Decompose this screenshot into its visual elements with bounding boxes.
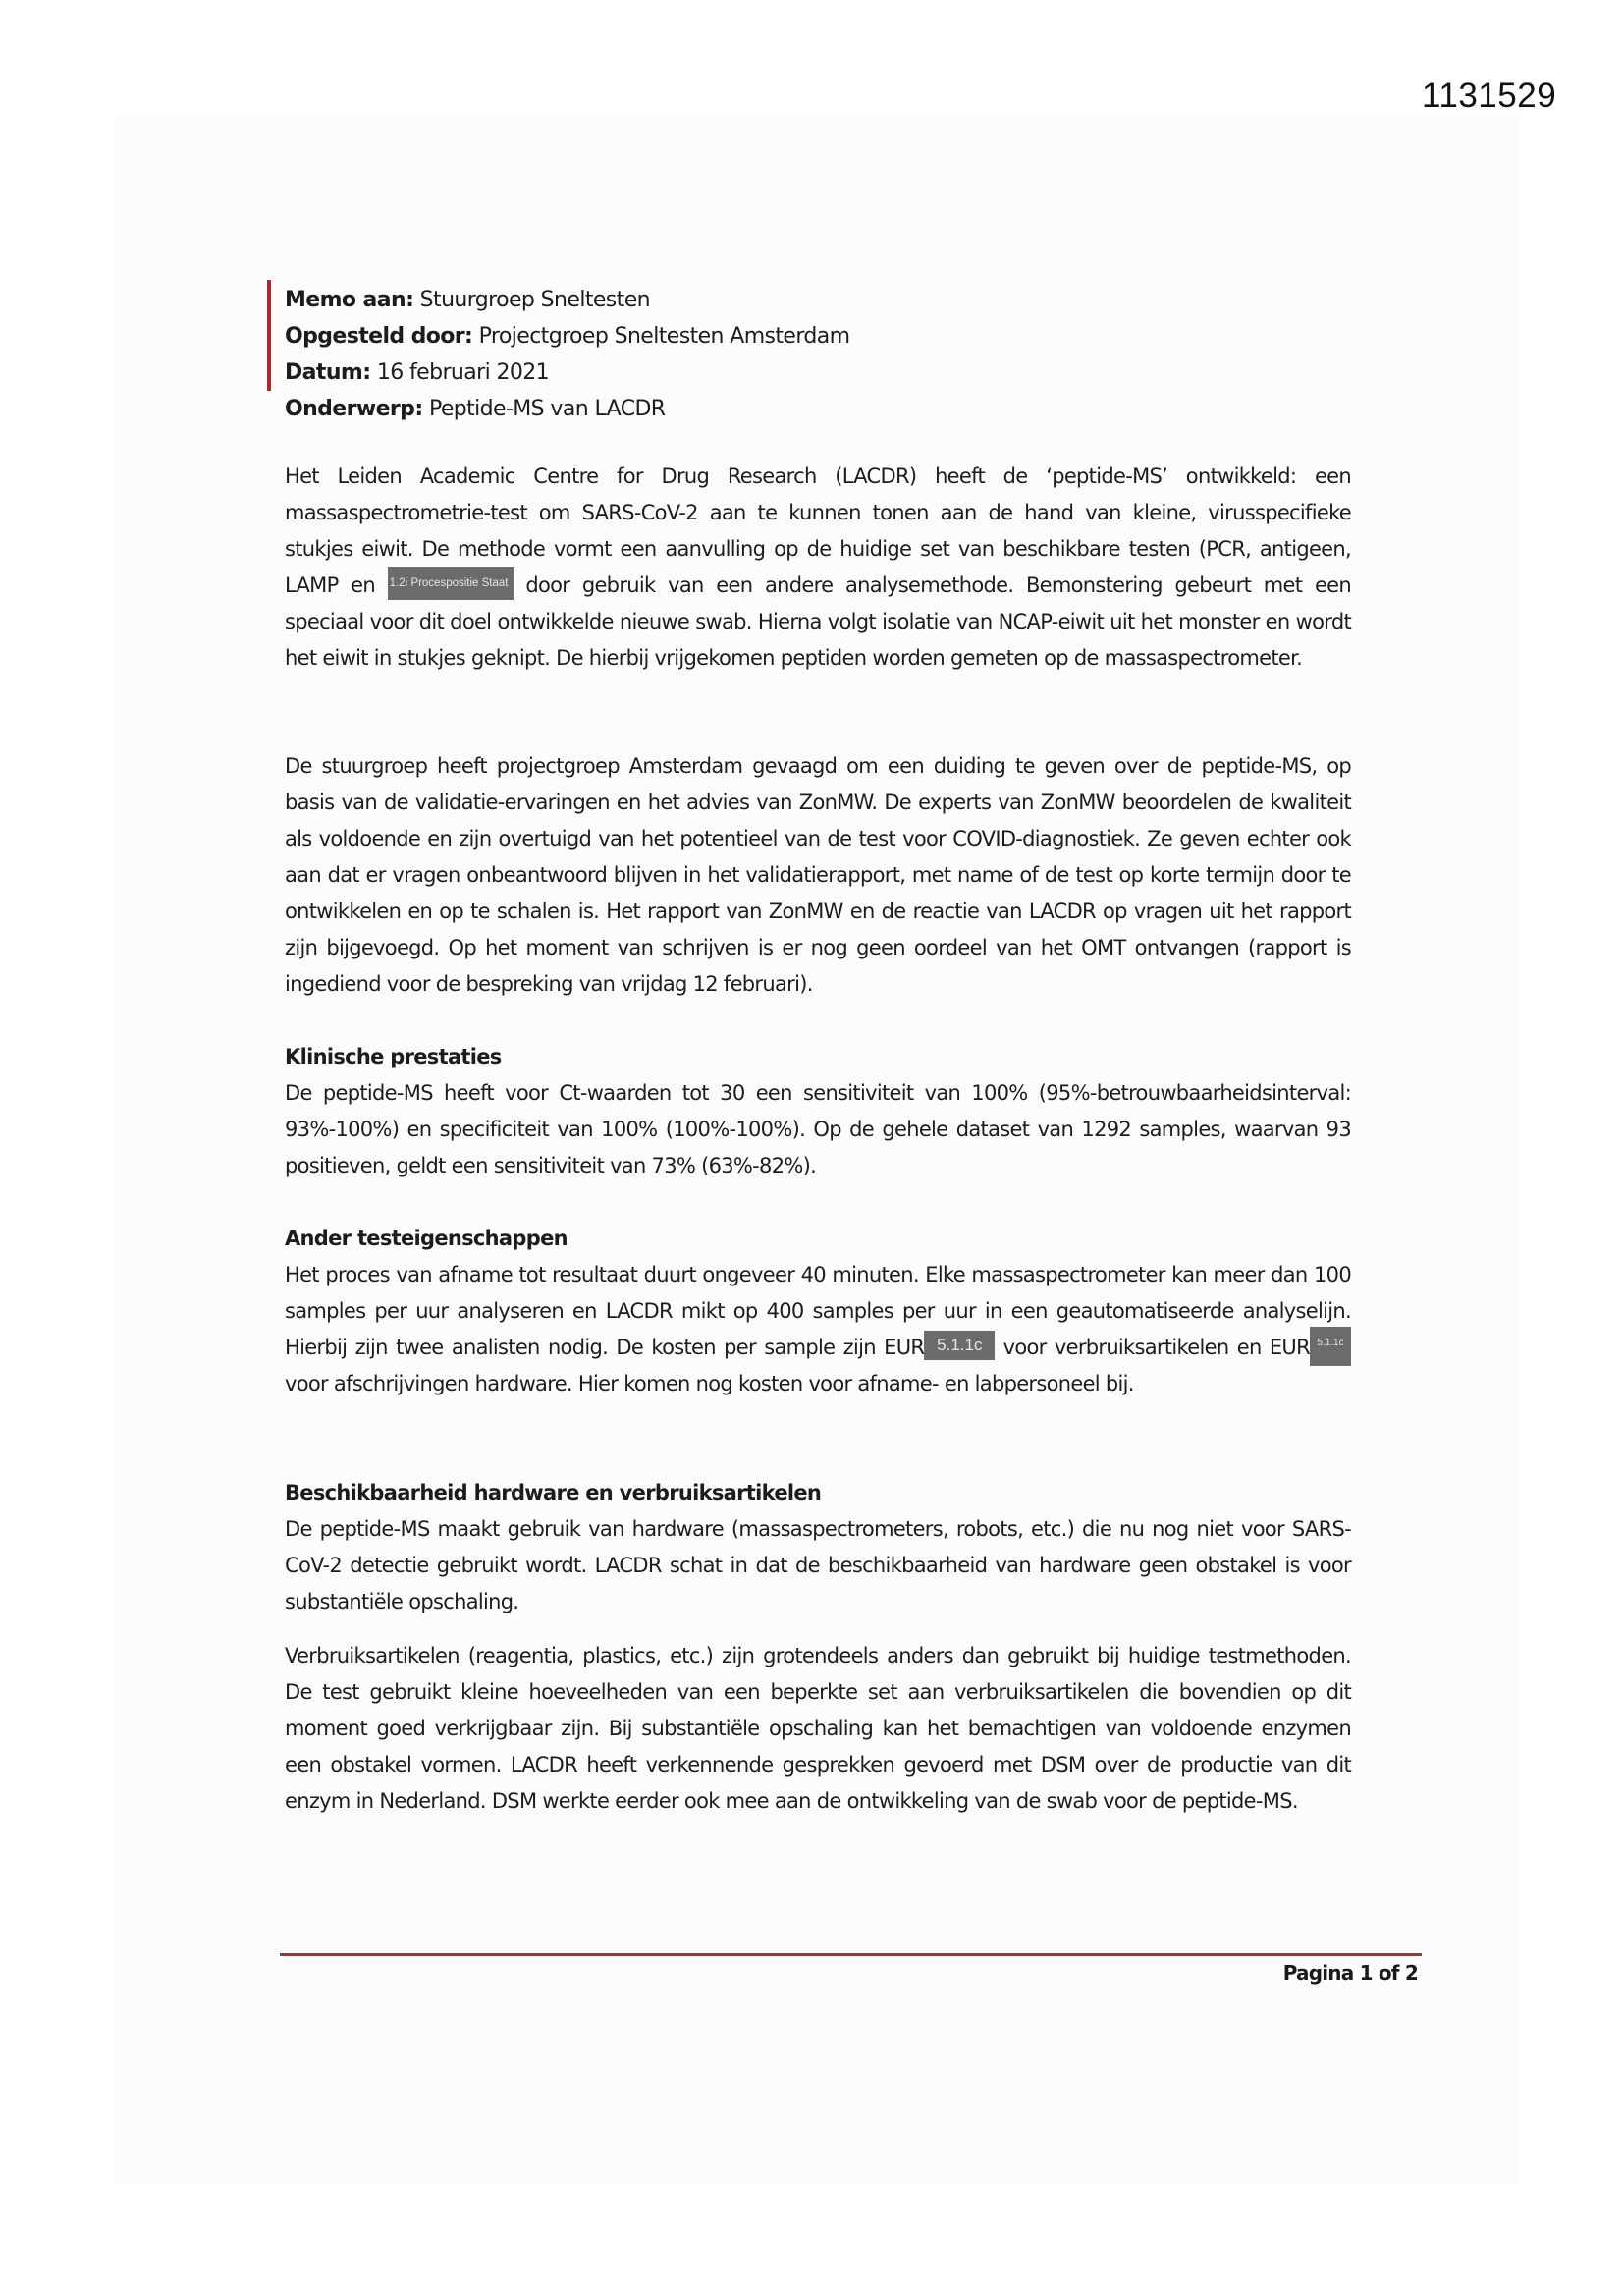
redaction-block: 5.1.1c — [924, 1331, 995, 1360]
availability-paragraph-2: Verbruiksartikelen (reagentia, plastics,… — [285, 1638, 1351, 1820]
header-accent-bar — [267, 280, 271, 391]
section-title-other-properties: Ander testeigenschappen — [285, 1221, 1351, 1257]
memo-to: Memo aan: Stuurgroep Sneltesten — [285, 282, 850, 318]
page-number: Pagina 1 of 2 — [1283, 1961, 1418, 1985]
memo-to-label: Memo aan: — [285, 288, 413, 312]
memo-from: Opgesteld door: Projectgroep Sneltesten … — [285, 318, 850, 355]
section-availability: Beschikbaarheid hardware en verbruiksart… — [285, 1475, 1351, 1620]
memo-subject: Onderwerp: Peptide-MS van LACDR — [285, 391, 850, 427]
section-title-clinical: Klinische prestaties — [285, 1039, 1351, 1075]
memo-date-value: 16 februari 2021 — [377, 360, 549, 385]
footer-divider — [280, 1953, 1422, 1956]
section-title-availability: Beschikbaarheid hardware en verbruiksart… — [285, 1475, 1351, 1511]
clinical-text: De peptide-MS heeft voor Ct-waarden tot … — [285, 1075, 1351, 1184]
memo-from-value: Projectgroep Sneltesten Amsterdam — [479, 324, 850, 349]
intro-paragraph: Het Leiden Academic Centre for Drug Rese… — [285, 459, 1351, 677]
memo-subject-value: Peptide-MS van LACDR — [429, 397, 666, 421]
memo-from-label: Opgesteld door: — [285, 324, 472, 349]
redaction-block: 1.2i Procespositie Staat — [388, 567, 514, 600]
redaction-block: 5.1.1c — [1310, 1327, 1351, 1366]
other-text-part2: voor verbruiksartikelen en EUR — [995, 1336, 1310, 1359]
other-text-part3: voor afschrijvingen hardware. Hier komen… — [285, 1372, 1134, 1395]
request-paragraph: De stuurgroep heeft projectgroep Amsterd… — [285, 748, 1351, 1003]
memo-date: Datum: 16 februari 2021 — [285, 355, 850, 391]
section-clinical: Klinische prestaties De peptide-MS heeft… — [285, 1039, 1351, 1184]
memo-date-label: Datum: — [285, 360, 370, 385]
availability-text-1: De peptide-MS maakt gebruik van hardware… — [285, 1511, 1351, 1620]
document-number: 1131529 — [1422, 77, 1556, 116]
memo-subject-label: Onderwerp: — [285, 397, 423, 421]
memo-to-value: Stuurgroep Sneltesten — [420, 288, 650, 312]
request-text: De stuurgroep heeft projectgroep Amsterd… — [285, 748, 1351, 1003]
section-other-properties: Ander testeigenschappen Het proces van a… — [285, 1221, 1351, 1402]
availability-text-2: Verbruiksartikelen (reagentia, plastics,… — [285, 1638, 1351, 1820]
memo-header: Memo aan: Stuurgroep Sneltesten Opgestel… — [285, 282, 850, 427]
